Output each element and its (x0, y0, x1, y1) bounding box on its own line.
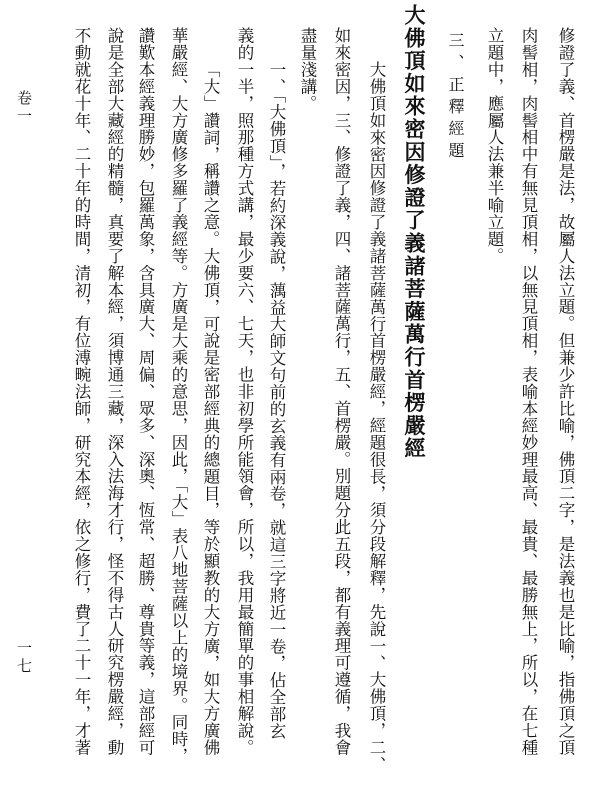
text-column-11: 華嚴經、大方廣修多羅了義經等。方廣是大乘的意思，因此，「大」表八地菩薩以上的境界… (166, 27, 186, 765)
text-column-10: 「大」讚詞，稱讚之意。大佛頂，可說是密部經典的總題目，等於顯教的大方廣，如大方廣… (198, 61, 218, 756)
sutra-title: 大佛頂如來密因修證了義諸菩薩萬行首楞嚴經 (401, 4, 425, 460)
page-number: 一七 (13, 640, 31, 676)
section-heading: 三、正釋經題 (443, 32, 463, 164)
text-column-3: 立題中，應屬人法兼半喻立題。 (482, 27, 502, 264)
text-column-13: 說是全部大藏經的精髓，真要了解本經，須博通三藏，深入法海才行，怪不得古人研究楞嚴… (102, 27, 122, 756)
text-column-8: 一、「大佛頂」，若約深義說，蕅益大師文句前的玄義有兩卷，就這三字將近一卷，佔全部… (264, 61, 284, 739)
running-head: 卷一 (13, 90, 31, 126)
text-column-2: 肉髻相，肉髻相中有無見頂相，以無見頂相，表喻本經妙理最高、最貴、最勝無上，所以，… (516, 27, 536, 756)
book-page: 修證了義、首楞嚴是法，故屬人法立題。但兼少許比喻，佛頂二字，是法義也是比喻，指佛… (0, 0, 600, 800)
text-column-1: 修證了義、首楞嚴是法，故屬人法立題。但兼少許比喻，佛頂二字，是法義也是比喻，指佛… (553, 27, 573, 756)
text-column-14: 不動就花十年、二十年的時間，清初，有位溥畹法師，研究本經，依之修行，費了二十一年… (69, 27, 89, 756)
text-column-7: 盡量淺講。 (295, 27, 315, 112)
text-column-12: 讚歎本經義理勝妙，包羅萬象，含具廣大、周偏、眾多、深奧、恆常、超勝、尊貴等義，這… (133, 27, 153, 756)
text-column-9: 義的一半，照那種方式講，最少要六、七天，也非初學所能領會，所以，我用最簡單的事相… (232, 27, 252, 756)
text-column-5: 大佛頂如來密因修證了義諸菩薩萬行首楞嚴經，經題很長，須分段解釋，先說一、大佛頂，… (364, 61, 384, 773)
text-column-6: 如來密因，三、修證了義，四、諸菩薩萬行，五、首楞嚴。別題分此五段，都有義理可遵循… (329, 27, 349, 756)
